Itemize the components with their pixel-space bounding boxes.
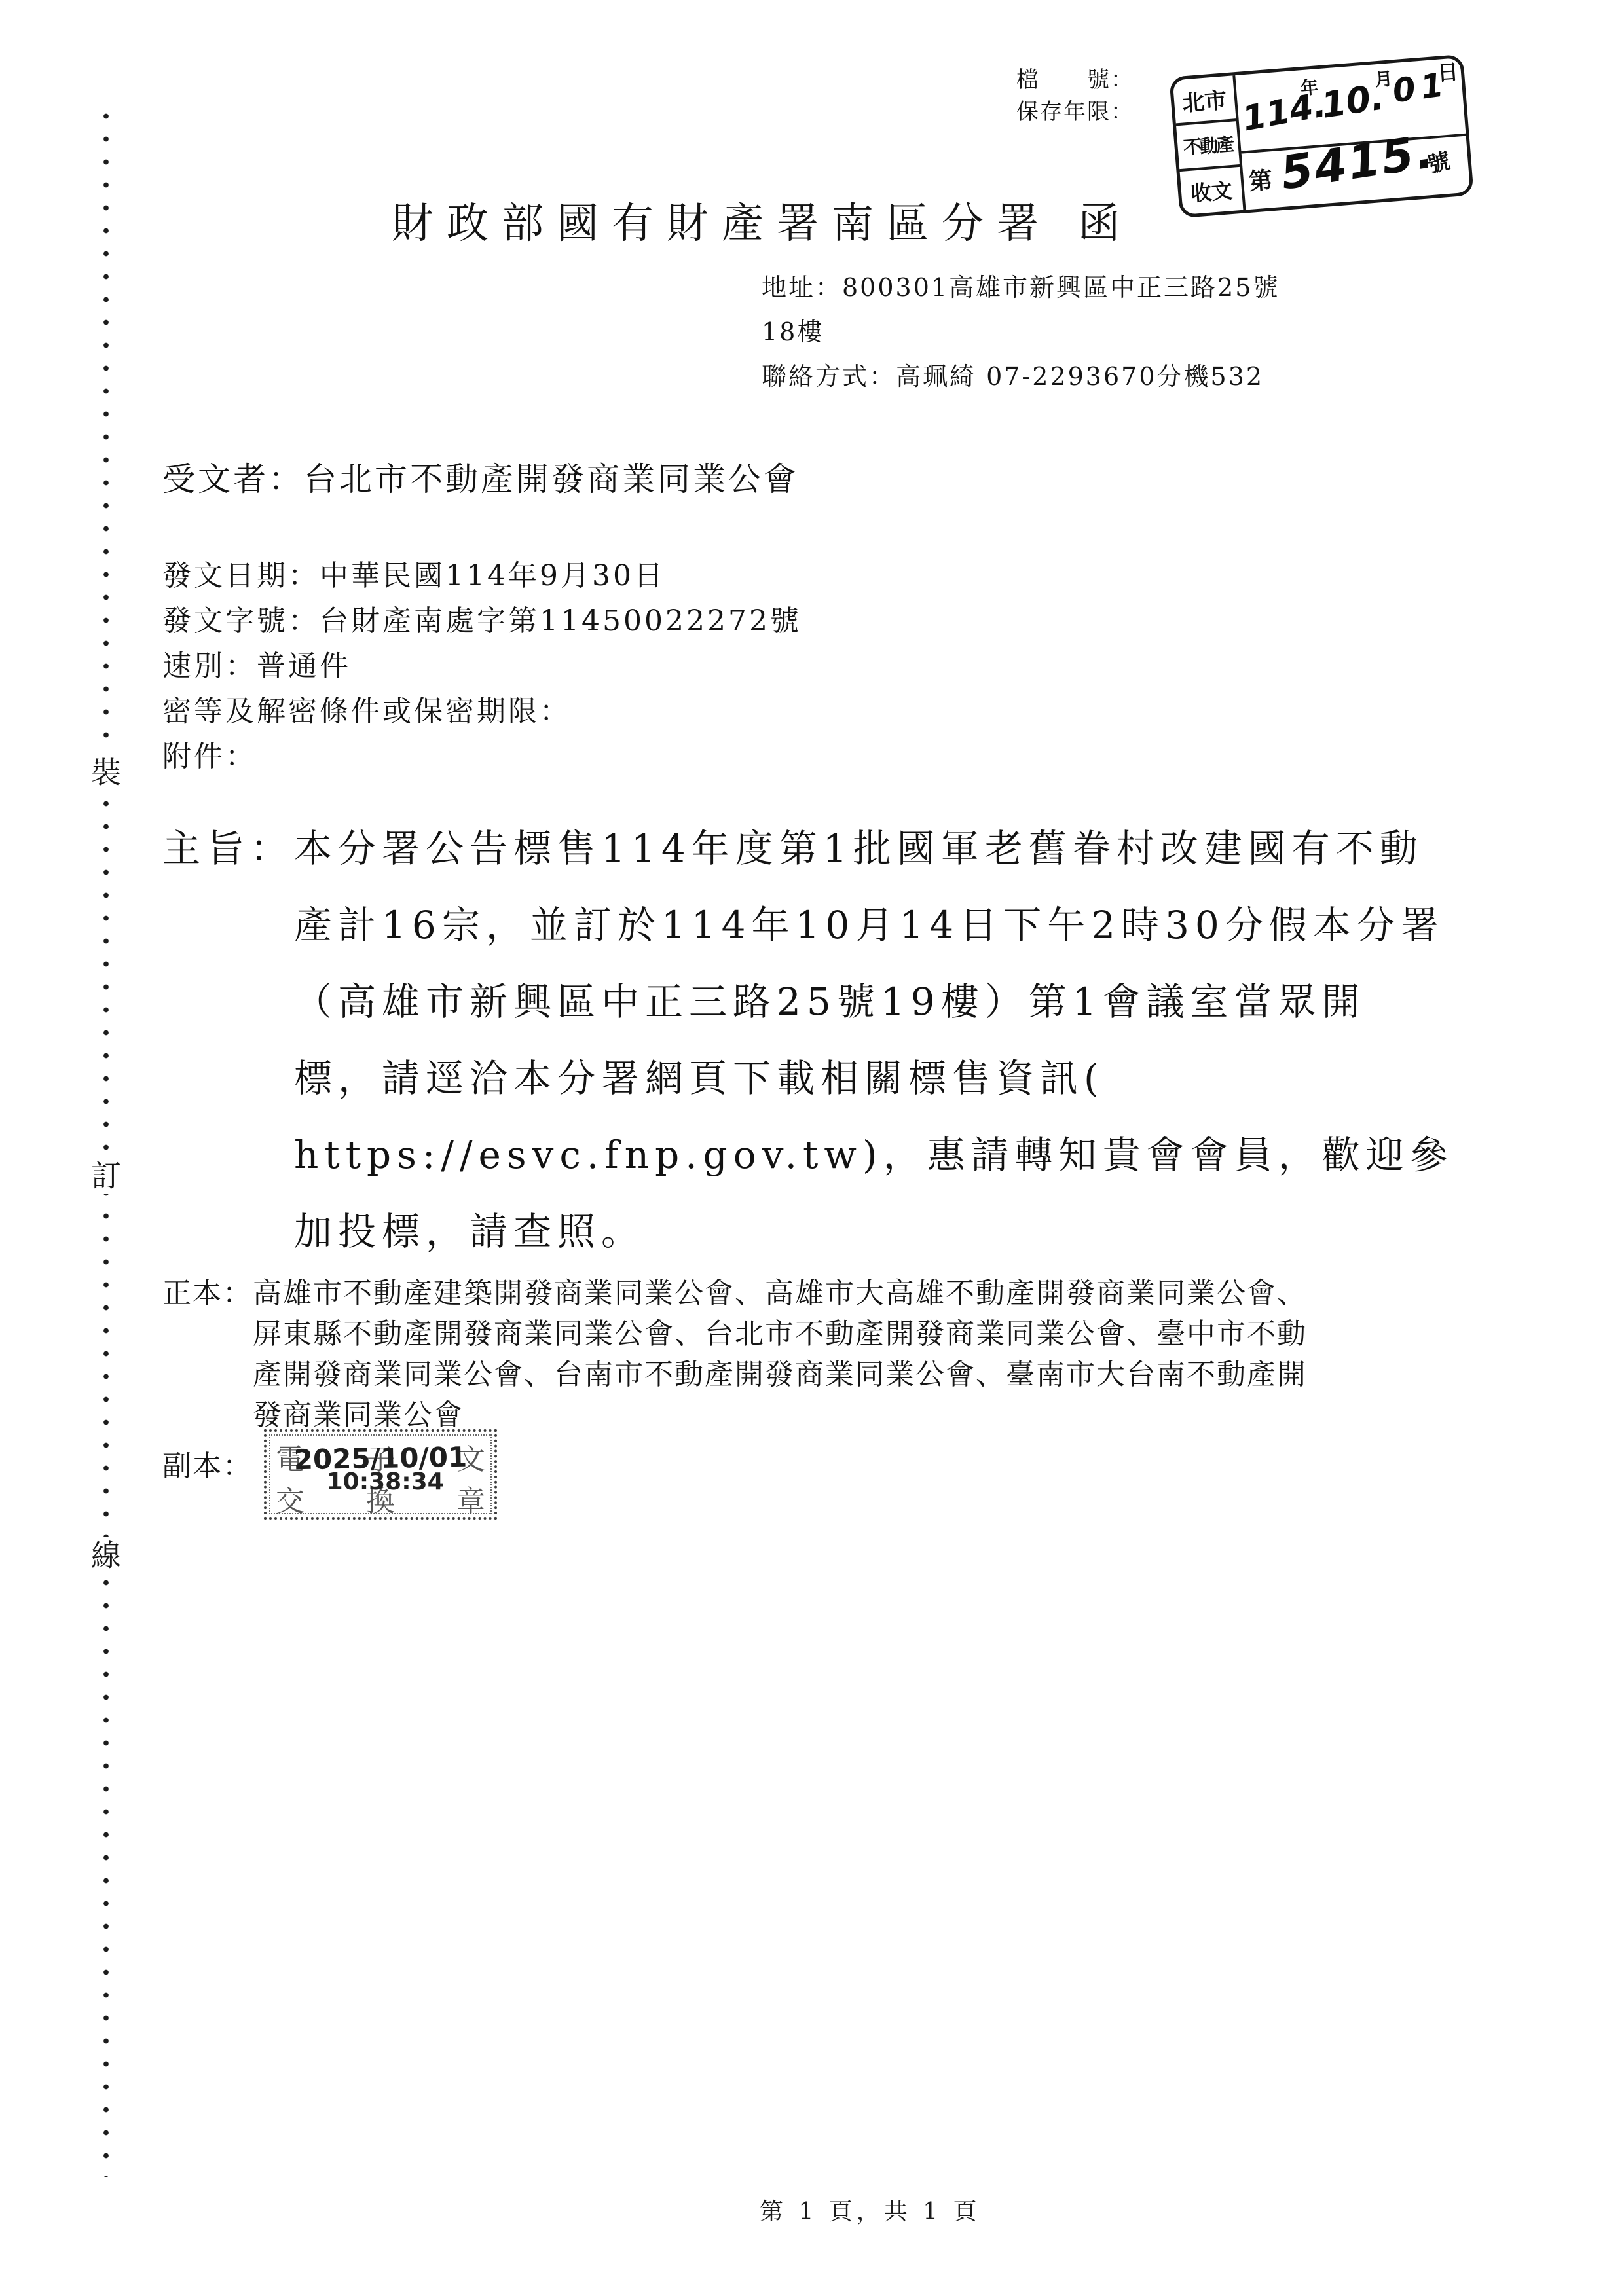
binding-mark-ding: 訂 (83, 1157, 130, 1194)
exchange-stamp-time: 10:38:34 (327, 1468, 444, 1495)
archive-labels: 檔 號： 保存年限： (1016, 64, 1134, 128)
original-recipients-line: 屏東縣不動產開發商業同業公會、台北市不動產開發商業同業公會、臺中市不動 (253, 1314, 1307, 1355)
sender-address-line2: 18樓 (762, 310, 1280, 354)
document-meta-block: 發文日期：中華民國114年9月30日 發文字號：台財產南處字第114500222… (162, 553, 802, 779)
subject-line: （高雄市新興區中正三路25號19樓）第1會議室當眾開 (294, 964, 1454, 1040)
subject-body: 本分署公告標售114年度第1批國軍老舊眷村改建國有不動 產計16宗，並訂於114… (294, 811, 1454, 1270)
receive-number-prefix: 第 (1247, 162, 1274, 197)
retention-period-label: 保存年限： (1016, 96, 1134, 128)
page-number-footer: 第 1 頁，共 1 頁 (760, 2193, 981, 2227)
subject-line: 本分署公告標售114年度第1批國軍老舊眷村改建國有不動 (294, 811, 1454, 887)
receive-stamp-org-line1: 北市 (1173, 75, 1236, 126)
sender-contact-block: 地址：800301高雄市新興區中正三路25號 18樓 聯絡方式：高珮綺 07-2… (762, 265, 1280, 399)
issue-number-line: 發文字號：台財產南處字第11450022272號 (162, 598, 802, 644)
sender-address-line1: 地址：800301高雄市新興區中正三路25號 (762, 265, 1280, 310)
receive-stamp-org-line2: 不動產 (1176, 121, 1240, 172)
attachment-line: 附件： (162, 734, 802, 779)
original-recipient-list: 高雄市不動產建築開發商業同業公會、高雄市大高雄不動產開發商業同業公會、 屏東縣不… (253, 1273, 1307, 1436)
subject-section: 主旨： 本分署公告標售114年度第1批國軍老舊眷村改建國有不動 產計16宗，並訂… (162, 811, 1454, 1270)
binding-mark-zhuang: 裝 (83, 754, 130, 791)
subject-label: 主旨： (162, 811, 294, 887)
sender-contact-line: 聯絡方式：高珮綺 07-2293670分機532 (762, 354, 1280, 399)
subject-line: 加投標，請查照。 (294, 1194, 1454, 1270)
copy-label: 副本： (162, 1442, 253, 1484)
issue-date-line: 發文日期：中華民國114年9月30日 (162, 553, 802, 598)
receive-stamp-right: 114. 年 10. 月 01 日 第 5415. 號 (1235, 58, 1470, 210)
original-label: 正本： (162, 1273, 253, 1314)
receive-date-day-unit: 日 (1436, 55, 1460, 86)
file-number-label: 檔 號： (1016, 64, 1134, 96)
receive-date-month-unit: 月 (1374, 64, 1393, 91)
scanned-official-letter-page: { "page": { "file_no_label": "檔 號：", "re… (0, 0, 1624, 2296)
speed-class-line: 速別：普通件 (162, 644, 802, 689)
binding-dotted-line (103, 105, 109, 2177)
receive-stamp: 北市 不動產 收文 114. 年 10. 月 01 日 第 5415. 號 (1169, 54, 1474, 219)
receive-date-year-unit: 年 (1299, 73, 1319, 100)
security-class-line: 密等及解密條件或保密期限： (162, 689, 802, 734)
recipient-line: 受文者：台北市不動產開發商業同業公會 (162, 453, 799, 500)
electronic-exchange-stamp: 電 子 文 交 換 章 2025/10/01 10:38:34 (264, 1429, 497, 1520)
original-copy-section: 正本： 高雄市不動產建築開發商業同業公會、高雄市大高雄不動產開發商業同業公會、 … (162, 1273, 1307, 1436)
subject-line: https://esvc.fnp.gov.tw)，惠請轉知貴會會員，歡迎參 (294, 1117, 1454, 1194)
receive-stamp-org-line3: 收文 (1180, 167, 1244, 215)
binding-mark-xian: 線 (83, 1537, 130, 1574)
subject-line: 產計16宗，並訂於114年10月14日下午2時30分假本分署 (294, 887, 1454, 964)
subject-line: 標，請逕洽本分署網頁下載相關標售資訊( (294, 1040, 1454, 1117)
receive-stamp-org-column: 北市 不動產 收文 (1173, 75, 1246, 215)
document-title: 財政部國有財產署南區分署 函 (392, 190, 1133, 250)
original-recipients-line: 高雄市不動產建築開發商業同業公會、高雄市大高雄不動產開發商業同業公會、 (253, 1273, 1307, 1314)
original-recipients-line: 產開發商業同業公會、台南市不動產開發商業同業公會、臺南市大台南不動產開 (253, 1355, 1307, 1395)
